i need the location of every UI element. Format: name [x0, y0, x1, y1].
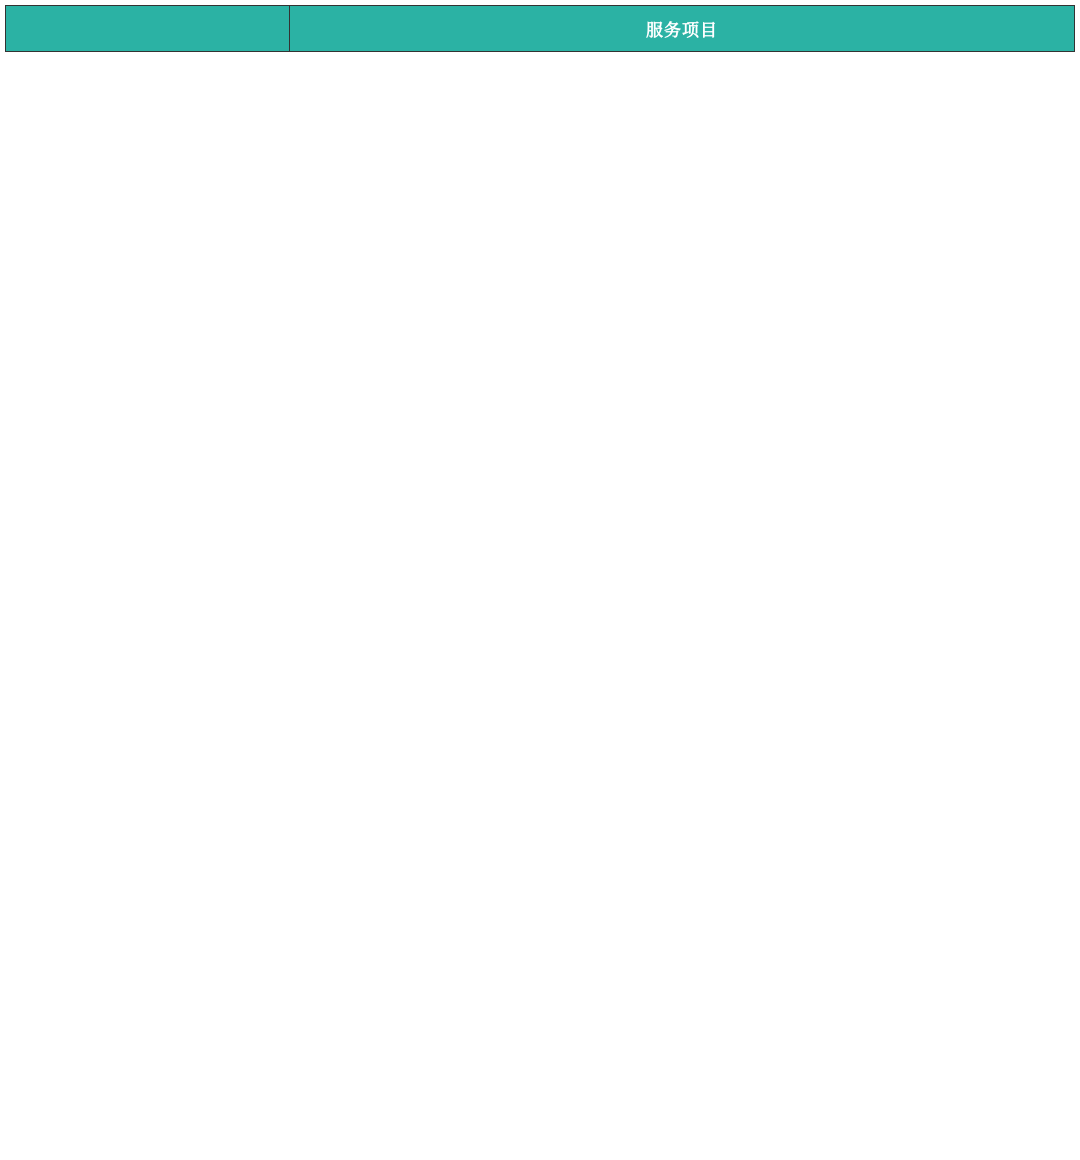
header-row: 服务项目	[6, 6, 1075, 52]
header-service-column: 服务项目	[290, 6, 1075, 52]
page: 服务项目	[0, 0, 1080, 1160]
header-empty-cell	[6, 6, 290, 52]
service-table: 服务项目	[5, 5, 1075, 1155]
service-table-body	[6, 52, 1075, 1155]
